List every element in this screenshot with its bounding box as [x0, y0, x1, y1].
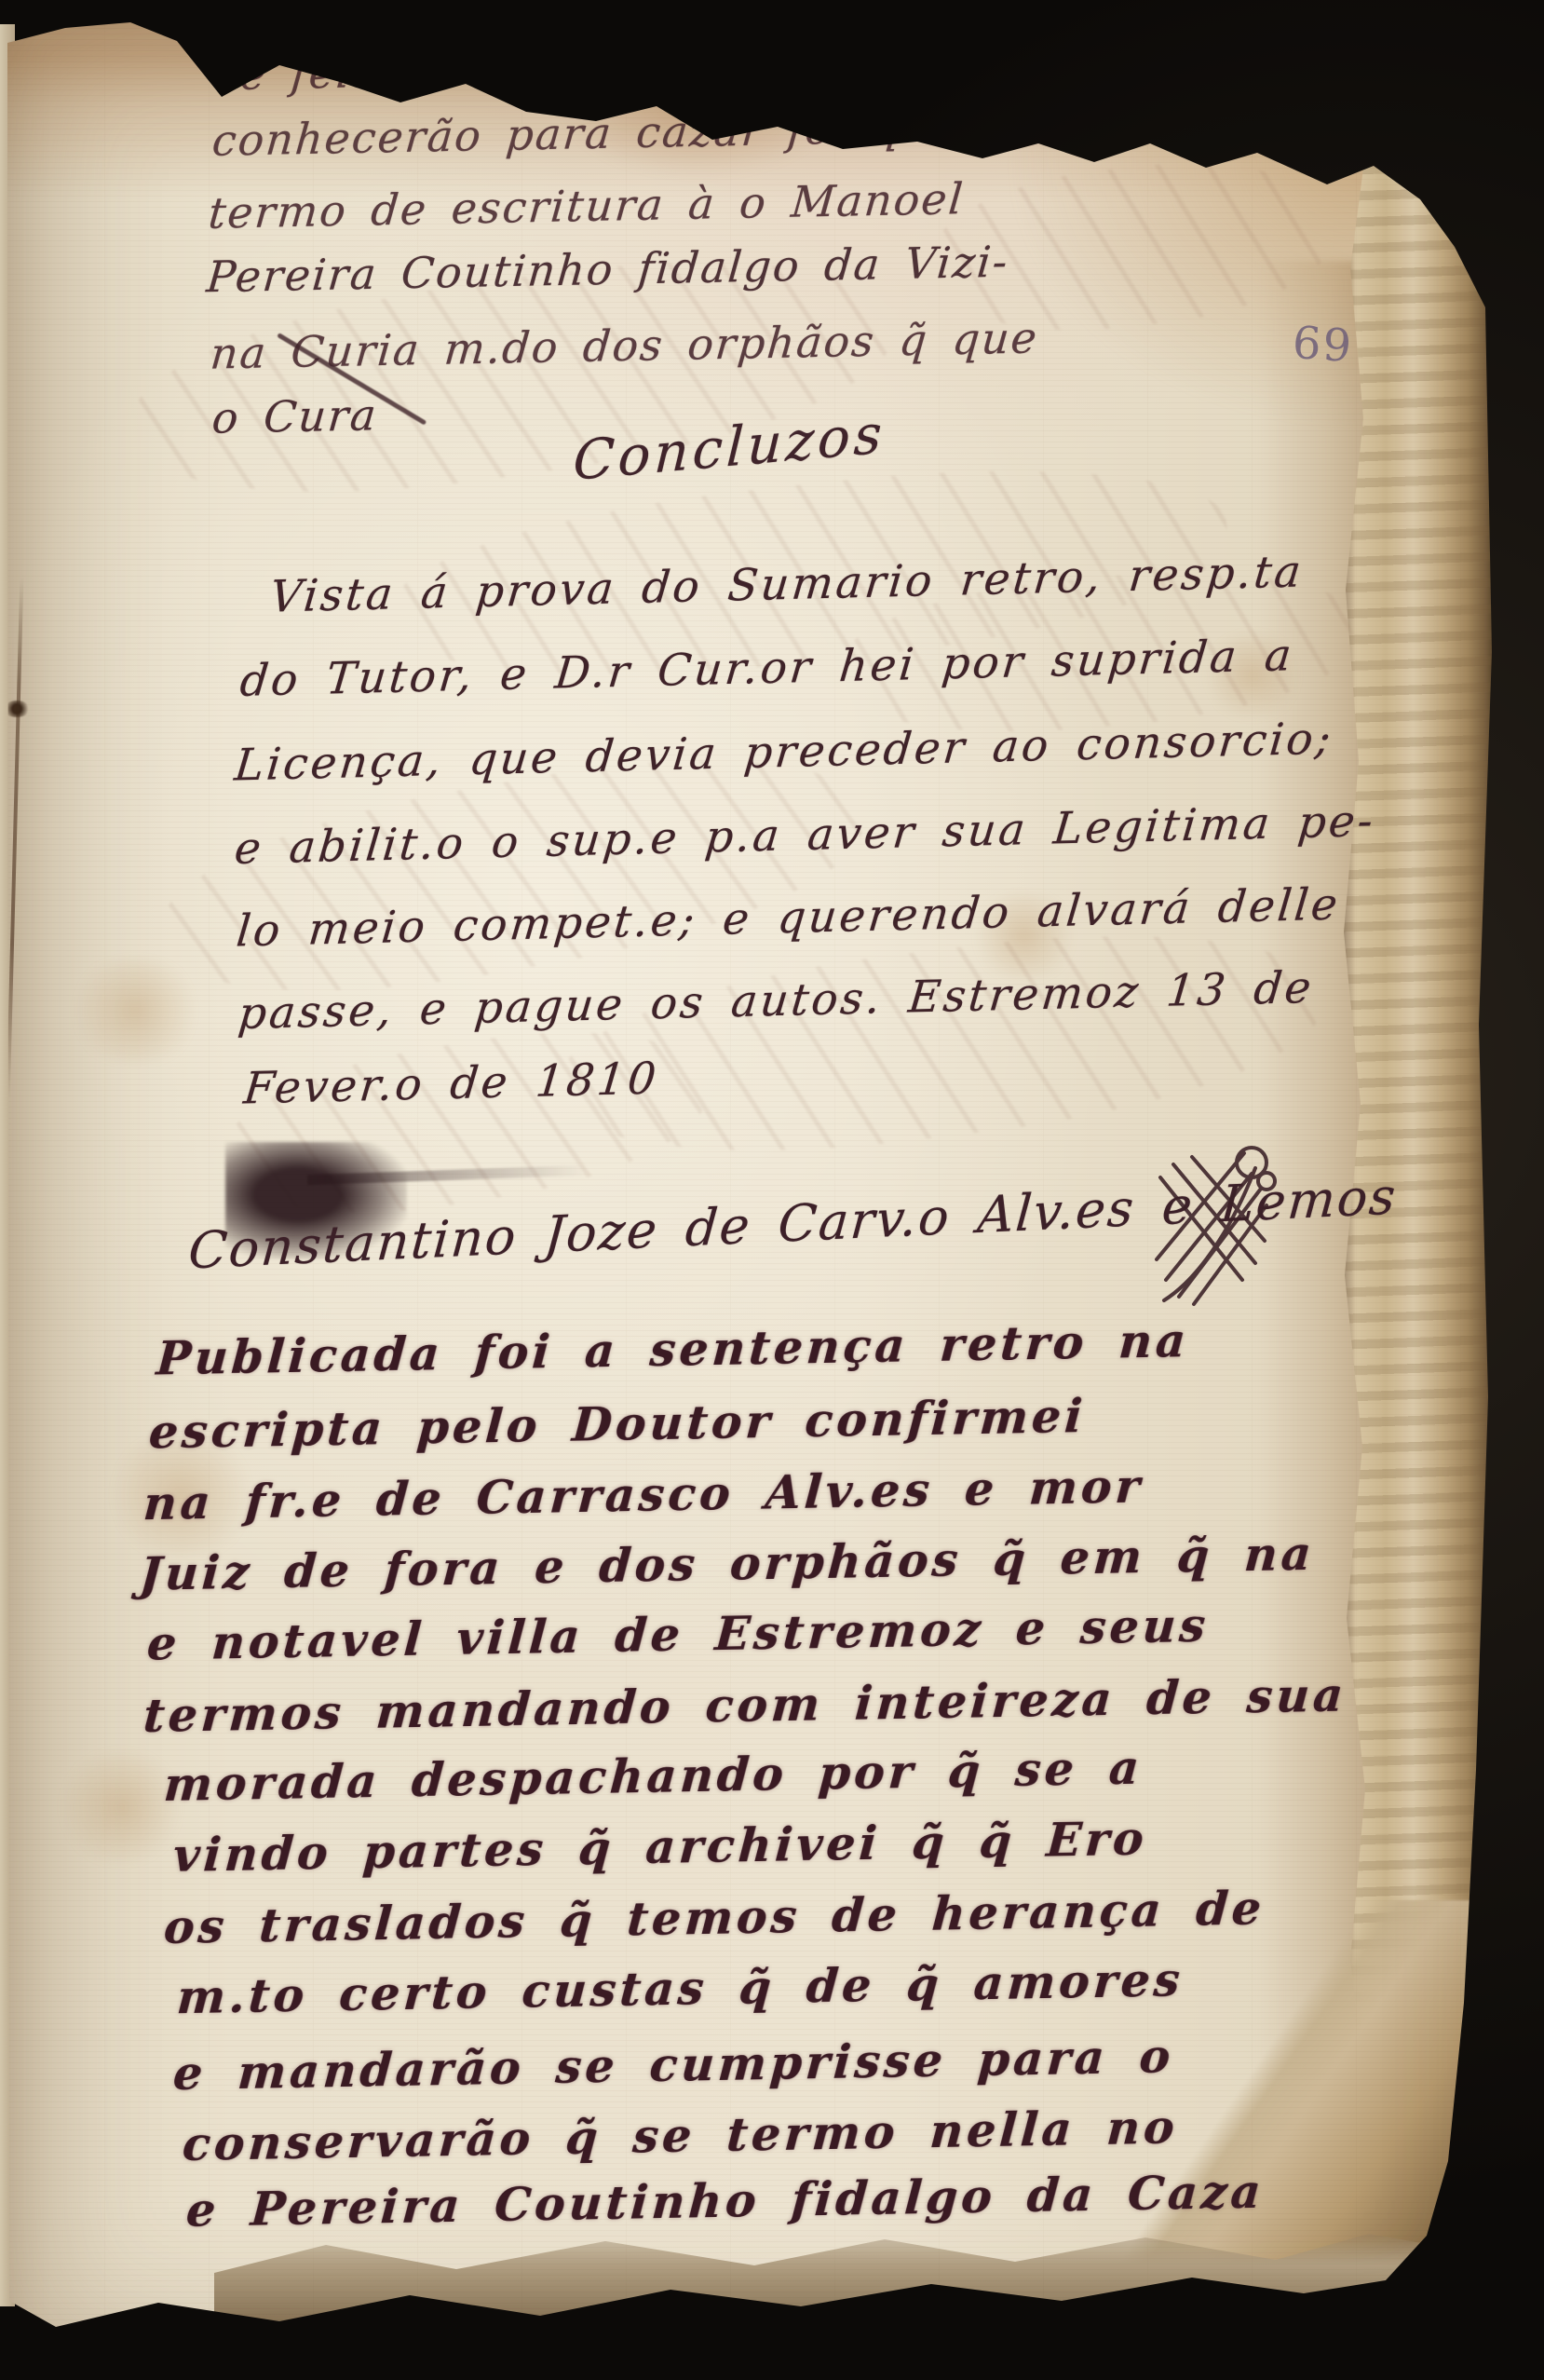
photographed-manuscript: 69 e feito o dito termo foi q̃ se achar … — [0, 0, 1544, 2380]
manuscript-line: e feito o dito termo foi q̃ se achar — [238, 33, 1100, 100]
page-vignette — [0, 0, 1544, 2380]
manuscript-page: 69 e feito o dito termo foi q̃ se achar … — [0, 0, 1544, 2380]
